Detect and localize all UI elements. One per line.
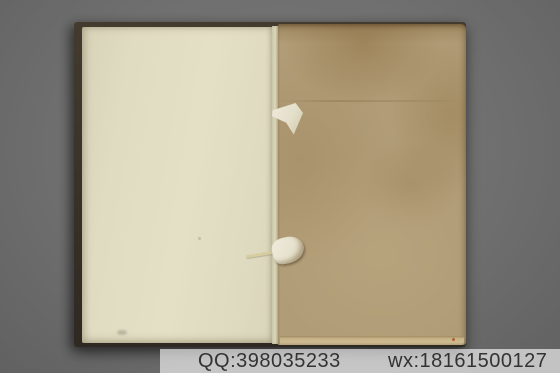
page-smudge (117, 330, 127, 335)
watermark-qq-text: QQ:398035233 (198, 349, 341, 373)
blank-left-page (82, 27, 273, 343)
photo-background: QQ:398035233 wx:18161500127 (0, 0, 560, 373)
cover-bottom-page-edges (280, 336, 464, 345)
page-speckle (198, 237, 201, 240)
cover-crease (278, 100, 466, 102)
aged-right-cover (278, 24, 466, 345)
cover-speck (452, 338, 455, 341)
watermark-wx-text: wx:18161500127 (388, 349, 547, 373)
